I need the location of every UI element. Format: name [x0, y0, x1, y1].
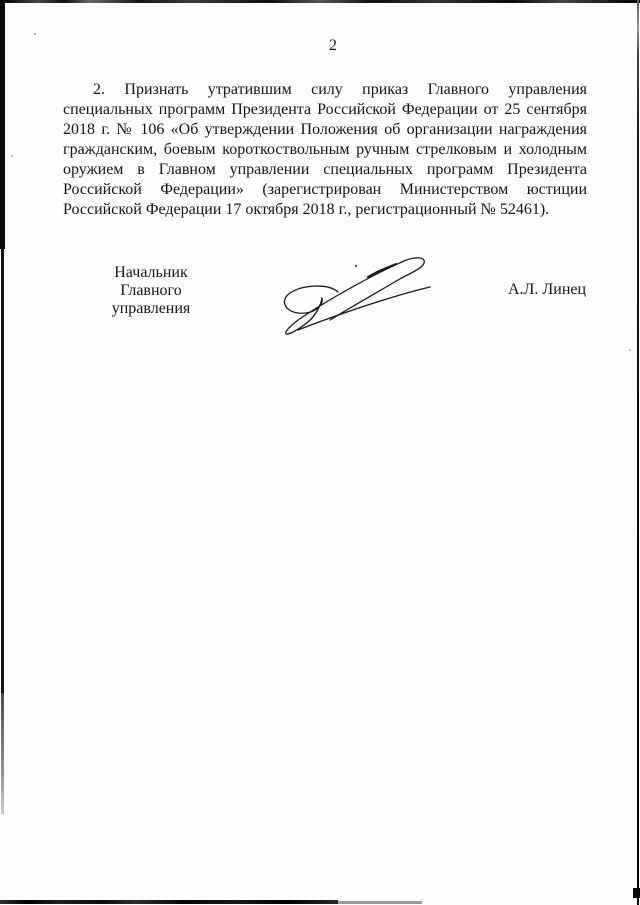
page-number: 2: [0, 36, 640, 56]
paragraph-line: 2018 г. № 106 «Об утверждении Положения …: [63, 120, 587, 140]
paragraph-line: специальных программ Президента Российск…: [63, 100, 587, 120]
scan-speck: [11, 155, 13, 157]
signer-name: А.Л. Линец: [508, 281, 586, 299]
signature-title-line2: Главного управления: [80, 282, 222, 318]
document-page: 2 2. Признать утратившим силу приказ Гла…: [0, 0, 640, 905]
paragraph-line: гражданским, боевым короткоствольным руч…: [63, 140, 587, 160]
signature-title-line1: Начальник: [80, 264, 222, 282]
scan-edge-top: [0, 0, 640, 3]
scan-edge-left-thin: [1, 249, 4, 693]
scan-speck: [629, 349, 631, 351]
scan-edge-bottom-gray: [338, 901, 422, 904]
scan-edge-left-fade: [1, 693, 4, 814]
paragraph-line: 2. Признать утратившим силу приказ Главн…: [63, 80, 587, 100]
paragraph-line: Российской Федерации» (зарегистрирован М…: [63, 180, 587, 200]
scan-speck: [34, 33, 36, 35]
body-paragraph: 2. Признать утратившим силу приказ Главн…: [63, 80, 587, 220]
scan-edge-bottom-dark: [0, 900, 338, 904]
signature-title: Начальник Главного управления: [80, 264, 222, 318]
paragraph-line: Российской Федерации 17 октября 2018 г.,…: [63, 200, 587, 220]
paragraph-line: оружием в Главном управлении специальных…: [63, 160, 587, 180]
scan-edge-right: [637, 0, 639, 905]
scan-edge-bottom-right-mark: [633, 888, 640, 898]
handwritten-signature-icon: [272, 243, 442, 338]
